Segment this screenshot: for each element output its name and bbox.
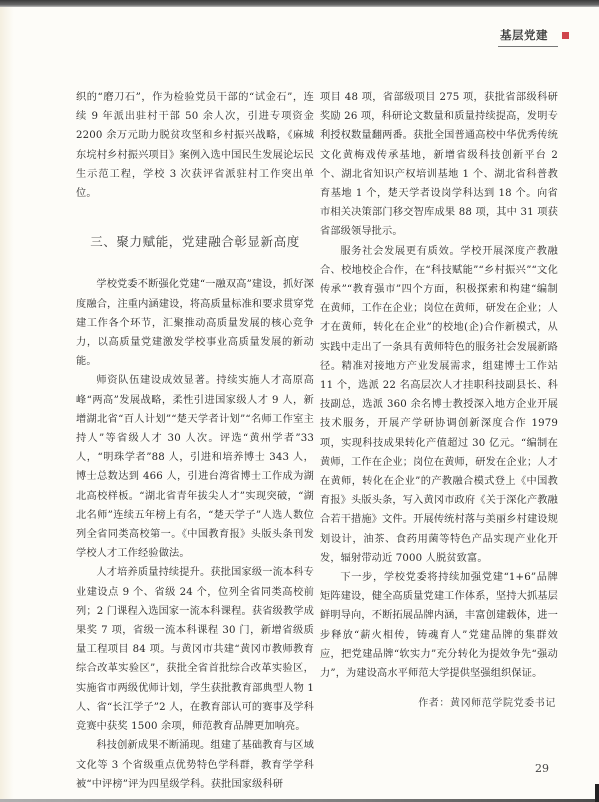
left-column: 织的“磨刀石”，作为检验党员干部的“试金石”，连续 9 年派出驻村干部 50 余… bbox=[76, 88, 314, 794]
header-rule bbox=[498, 46, 558, 47]
paragraph-talent-training: 人才培养质量持续提升。获批国家级一流本科专业建设点 9 个、省级 24 个，位列… bbox=[76, 563, 314, 736]
paragraph-party-building: 学校党委不断强化党建“一融双高”建设，抓好深度融合，注重内涵建设，将高质量标准和… bbox=[76, 275, 314, 371]
red-square-icon bbox=[562, 32, 569, 39]
scan-edge-corner bbox=[595, 784, 599, 802]
section-title: 基层党建 bbox=[500, 27, 548, 43]
continued-paragraph: 项目 48 项，省部级项目 275 项，获批省部级科研奖励 26 项，科研论文数… bbox=[320, 88, 558, 242]
author-line: 作者：黄冈师范学院党委书记 bbox=[330, 694, 556, 709]
paragraph-sci-tech: 科技创新成果不断涌现。组建了基础教育与区域文化等 3 个省级重点优势特色学科群，… bbox=[76, 736, 314, 794]
continued-paragraph: 织的“磨刀石”，作为检验党员干部的“试金石”，连续 9 年派出驻村干部 50 余… bbox=[76, 88, 314, 203]
paragraph-faculty: 师资队伍建设成效显著。持续实施人才高原高峰“两高”发展战略，柔性引进国家级人才 … bbox=[76, 371, 314, 563]
paragraph-next-steps: 下一步，学校党委将持续加强党建“1+6”品牌矩阵建设，健全高质量党建工作体系，坚… bbox=[320, 568, 558, 683]
section-heading: 三、聚力赋能，党建融合彰显新高度 bbox=[76, 232, 314, 251]
page-number: 29 bbox=[535, 762, 549, 775]
scan-edge-top bbox=[0, 0, 599, 7]
scan-edge-left bbox=[0, 7, 14, 802]
right-column: 项目 48 项，省部级项目 275 项，获批省部级科研奖励 26 项，科研论文数… bbox=[320, 88, 558, 683]
running-header: 基层党建 bbox=[500, 26, 569, 44]
paragraph-social-service: 服务社会发展更有质效。学校开展深度产教融合、校地校企合作，在“科技赋能”“乡村振… bbox=[320, 242, 558, 568]
